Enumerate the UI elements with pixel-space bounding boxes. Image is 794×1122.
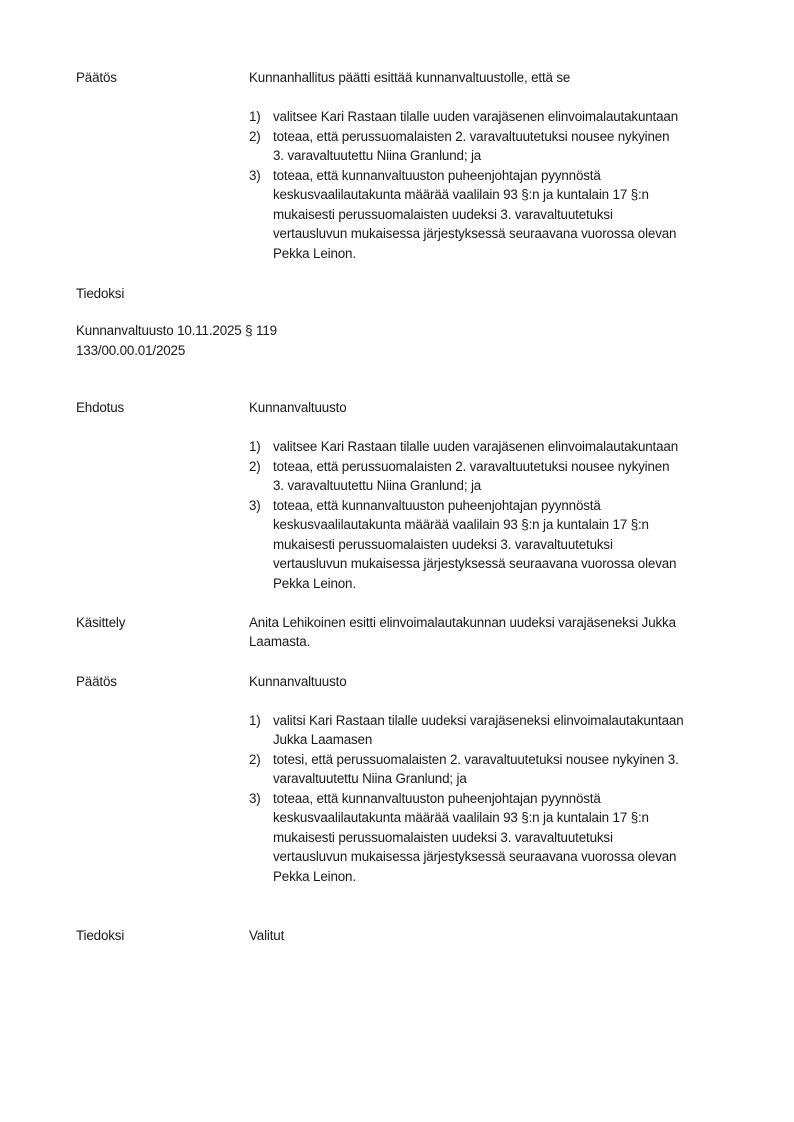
section-label: Päätös xyxy=(76,672,117,692)
list-item-line: Jukka Laamasen xyxy=(273,730,372,750)
list-number: 2) xyxy=(249,457,261,477)
list-item-line: valitsi Kari Rastaan tilalle uudeksi var… xyxy=(273,711,684,731)
list-item-line: vertausluvun mukaisessa järjestyksessä s… xyxy=(273,554,676,574)
section-label: Päätös xyxy=(76,68,117,88)
handling-text-line: Laamasta. xyxy=(249,632,310,652)
section-intro: Kunnanhallitus päätti esittää kunnanvalt… xyxy=(249,68,570,88)
list-item-line: keskusvaalilautakunta määrää vaalilain 9… xyxy=(273,515,649,535)
list-item-line: vertausluvun mukaisessa järjestyksessä s… xyxy=(273,224,676,244)
list-item-line: keskusvaalilautakunta määrää vaalilain 9… xyxy=(273,808,649,828)
list-item-line: toteaa, että perussuomalaisten 2. varava… xyxy=(273,457,669,477)
list-item-line: mukaisesti perussuomalaisten uudeksi 3. … xyxy=(273,828,613,848)
section-label: Käsittely xyxy=(76,613,125,633)
list-item-line: toteaa, että perussuomalaisten 2. varava… xyxy=(273,127,669,147)
list-number: 3) xyxy=(249,789,261,809)
list-number: 3) xyxy=(249,496,261,516)
list-item-line: totesi, että perussuomalaisten 2. varava… xyxy=(273,750,679,770)
section-label: Tiedoksi xyxy=(76,926,124,946)
list-number: 1) xyxy=(249,437,261,457)
section-intro: Kunnanvaltuusto xyxy=(249,672,347,692)
list-number: 1) xyxy=(249,711,261,731)
record-id: 133/00.00.01/2025 xyxy=(76,341,185,361)
list-item-line: vertausluvun mukaisessa järjestyksessä s… xyxy=(273,847,676,867)
section-label: Tiedoksi xyxy=(76,284,124,304)
list-number: 2) xyxy=(249,127,261,147)
list-number: 3) xyxy=(249,166,261,186)
list-item-line: toteaa, että kunnanvaltuuston puheenjoht… xyxy=(273,166,601,186)
list-item-line: Pekka Leinon. xyxy=(273,867,356,887)
meeting-reference-title: Kunnanvaltuusto 10.11.2025 § 119 xyxy=(76,321,277,341)
list-item-line: 3. varavaltuutettu Niina Granlund; ja xyxy=(273,146,481,166)
list-number: 1) xyxy=(249,107,261,127)
list-item-line: toteaa, että kunnanvaltuuston puheenjoht… xyxy=(273,496,601,516)
list-item-line: Pekka Leinon. xyxy=(273,574,356,594)
section-intro: Kunnanvaltuusto xyxy=(249,398,347,418)
list-item-line: mukaisesti perussuomalaisten uudeksi 3. … xyxy=(273,535,613,555)
list-item-line: keskusvaalilautakunta määrää vaalilain 9… xyxy=(273,185,649,205)
section-intro: Valitut xyxy=(249,926,284,946)
list-item-line: valitsee Kari Rastaan tilalle uuden vara… xyxy=(273,107,678,127)
handling-text-line: Anita Lehikoinen esitti elinvoimalautaku… xyxy=(249,613,676,633)
list-item-line: mukaisesti perussuomalaisten uudeksi 3. … xyxy=(273,205,613,225)
list-item-line: Pekka Leinon. xyxy=(273,244,356,264)
list-item-line: valitsee Kari Rastaan tilalle uuden vara… xyxy=(273,437,678,457)
list-item-line: varavaltuutettu Niina Granlund; ja xyxy=(273,769,467,789)
list-item-line: toteaa, että kunnanvaltuuston puheenjoht… xyxy=(273,789,601,809)
section-label: Ehdotus xyxy=(76,398,124,418)
list-number: 2) xyxy=(249,750,261,770)
list-item-line: 3. varavaltuutettu Niina Granlund; ja xyxy=(273,476,481,496)
